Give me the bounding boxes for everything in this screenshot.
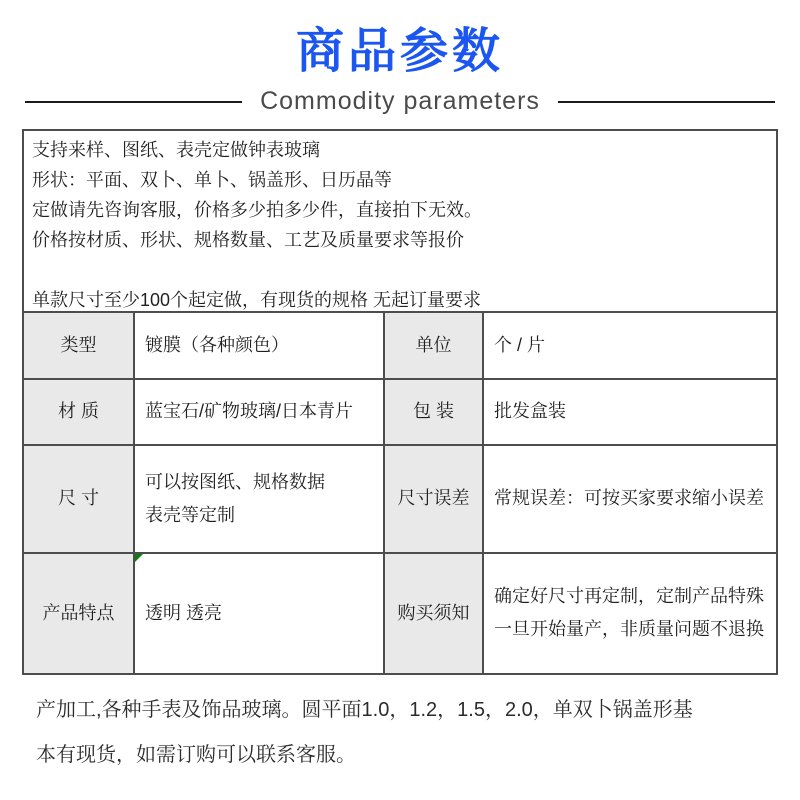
table-row: 产品特点 透明 透亮 购买须知 确定好尺寸再定制，定制产品特殊 一旦开始量产，非… [24,553,776,673]
spec-label-material: 材 质 [24,379,134,445]
spec-value-unit: 个 / 片 [483,313,776,379]
table-row: 尺 寸 可以按图纸、规格数据 表壳等定制 尺寸误差 常规误差：可按买家要求缩小误… [24,445,776,553]
subtitle-row: Commodity parameters [25,87,775,117]
spec-value-material: 蓝宝石/矿物玻璃/日本青片 [134,379,384,445]
spec-label-size: 尺 寸 [24,445,134,553]
spec-label-features: 产品特点 [24,553,134,673]
divider-line-left [25,101,242,103]
spec-label-packing: 包 装 [384,379,483,445]
spec-label-type: 类型 [24,313,134,379]
spec-table: 类型 镀膜（各种颜色） 单位 个 / 片 材 质 蓝宝石/矿物玻璃/日本青片 包… [24,313,776,673]
spec-value-size-tolerance: 常规误差：可按买家要求缩小误差 [483,445,776,553]
divider-line-right [558,101,775,103]
footer-note: 产加工,各种手表及饰品玻璃。圆平面1.0，1.2，1.5，2.0，单双卜锅盖形基… [36,688,764,778]
spec-value-packing: 批发盒装 [483,379,776,445]
spec-value-size: 可以按图纸、规格数据 表壳等定制 [134,445,384,553]
spec-label-purchase-notice: 购买须知 [384,553,483,673]
green-corner-triangle-icon [135,554,143,562]
product-parameters-page: 商品参数 Commodity parameters 支持来样、图纸、表壳定做钟表… [0,0,800,800]
product-info-box: 支持来样、图纸、表壳定做钟表玻璃 形状：平面、双卜、单卜、锅盖形、日历晶等 定做… [22,129,778,675]
page-subtitle: Commodity parameters [260,87,540,116]
spec-label-size-tolerance: 尺寸误差 [384,445,483,553]
table-row: 类型 镀膜（各种颜色） 单位 个 / 片 [24,313,776,379]
spec-value-type: 镀膜（各种颜色） [134,313,384,379]
intro-text: 支持来样、图纸、表壳定做钟表玻璃 形状：平面、双卜、单卜、锅盖形、日历晶等 定做… [24,131,776,313]
table-row: 材 质 蓝宝石/矿物玻璃/日本青片 包 装 批发盒装 [24,379,776,445]
page-title: 商品参数 [0,0,800,79]
spec-value-features: 透明 透亮 [134,553,384,673]
spec-label-unit: 单位 [384,313,483,379]
spec-value-purchase-notice: 确定好尺寸再定制，定制产品特殊 一旦开始量产，非质量问题不退换 [483,553,776,673]
